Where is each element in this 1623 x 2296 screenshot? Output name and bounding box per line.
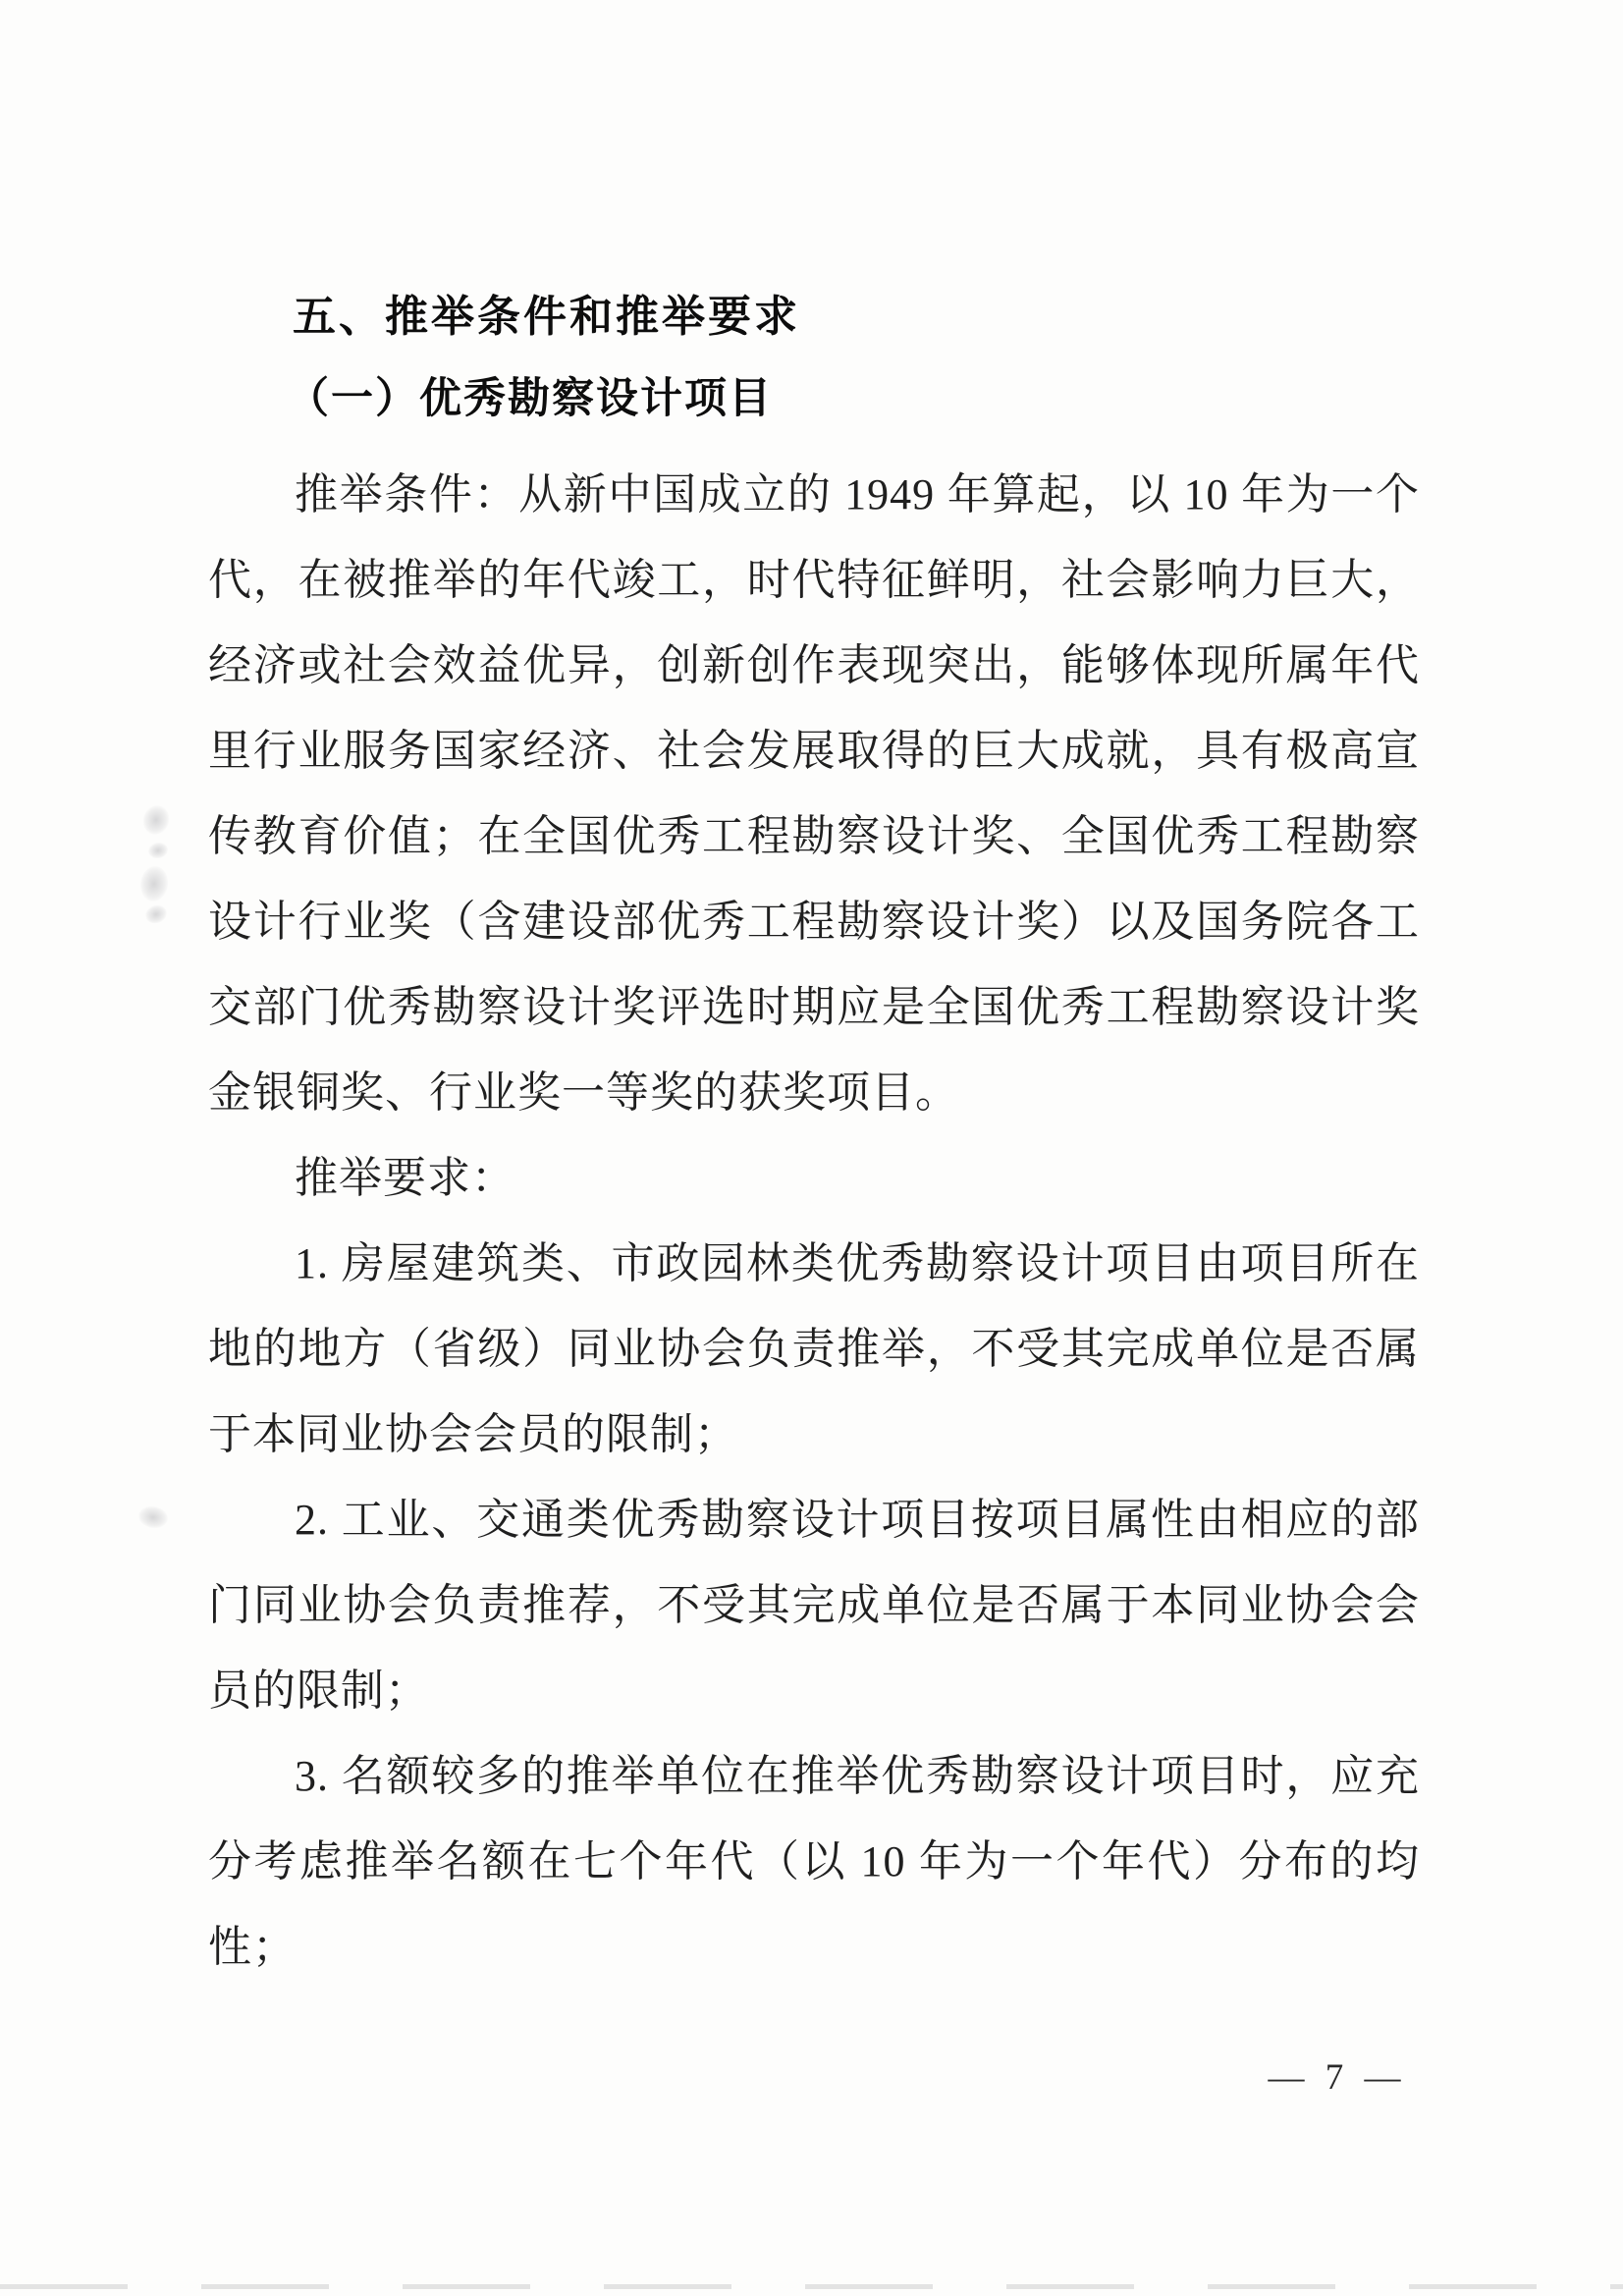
text-line: 1. 房屋建筑类、市政园林类优秀勘察设计项目由项目所在: [208, 1221, 1420, 1306]
text-line: 地的地方（省级）同业协会负责推举，不受其完成单位是否属: [208, 1306, 1420, 1392]
document-page: 五、推举条件和推举要求 （一）优秀勘察设计项目 推举条件：从新中国成立的 194…: [0, 0, 1623, 2296]
text-line: 传教育价值；在全国优秀工程勘察设计奖、全国优秀工程勘察: [208, 793, 1420, 879]
text-line: 门同业协会负责推荐，不受其完成单位是否属于本同业协会会: [208, 1562, 1420, 1648]
scan-smudge: [143, 902, 170, 926]
text-line: 推举要求：: [208, 1135, 1420, 1221]
text-line: 里行业服务国家经济、社会发展取得的巨大成就，具有极高宣: [208, 708, 1420, 793]
text-line: 设计行业奖（含建设部优秀工程勘察设计奖）以及国务院各工: [208, 879, 1420, 964]
text-line: 员的限制；: [208, 1648, 1420, 1733]
subsection-heading: （一）优秀勘察设计项目: [287, 365, 773, 425]
text-line: 于本同业协会会员的限制；: [208, 1392, 1420, 1477]
scan-smudge: [138, 864, 171, 903]
section-heading: 五、推举条件和推举要求: [293, 281, 800, 344]
scan-smudge: [136, 1504, 169, 1531]
text-line: 代，在被推举的年代竣工，时代特征鲜明，社会影响力巨大，: [208, 537, 1420, 623]
text-line: 推举条件：从新中国成立的 1949 年算起，以 10 年为一个年: [208, 452, 1420, 537]
text-line: 3. 名额较多的推举单位在推举优秀勘察设计项目时，应充: [208, 1733, 1420, 1819]
body-text: 推举条件：从新中国成立的 1949 年算起，以 10 年为一个年 代，在被推举的…: [208, 452, 1420, 1990]
scan-smudge: [139, 802, 173, 839]
text-line: 金银铜奖、行业奖一等奖的获奖项目。: [208, 1050, 1420, 1135]
text-line: 2. 工业、交通类优秀勘察设计项目按项目属性由相应的部: [208, 1477, 1420, 1562]
text-line: 交部门优秀勘察设计奖评选时期应是全国优秀工程勘察设计奖: [208, 964, 1420, 1050]
text-line: 经济或社会效益优异，创新创作表现突出，能够体现所属年代: [208, 623, 1420, 708]
scan-smudge: [147, 841, 170, 860]
scan-edge-artifact: [0, 2284, 1623, 2289]
text-line: 性；: [208, 1904, 1420, 1990]
page-number: — 7 —: [1249, 2056, 1426, 2099]
text-line: 分考虑推举名额在七个年代（以 10 年为一个年代）分布的均匀: [208, 1819, 1420, 1904]
